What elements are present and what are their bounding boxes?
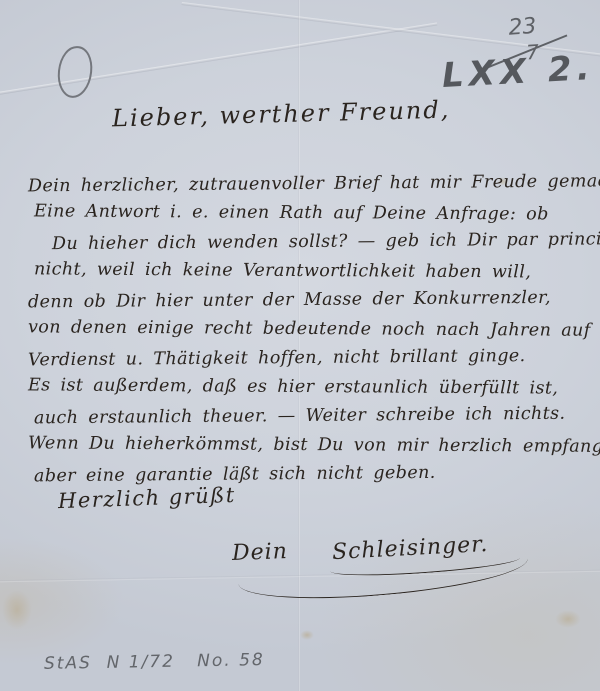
letter-line: denn ob Dir hier unter der Masse der Kon… [28, 284, 576, 318]
paper-stain [555, 610, 581, 628]
letter-line: auch erstaunlich theuer. — Weiter schrei… [28, 400, 576, 434]
letter-line: Wenn Du hieherkömmst, bist Du von mir he… [28, 429, 576, 461]
paper-stain [2, 590, 32, 630]
date-numerator: 23 [508, 14, 538, 41]
letter-line: Du hieher dich wenden sollst? — geb ich … [28, 226, 576, 260]
paper-stain [300, 630, 314, 640]
letter-salutation: Lieber, werther Freund, [112, 96, 451, 133]
letter-closing: Herzlich grüßt [58, 483, 236, 513]
letter-line: Dein herzlicher, zutrauenvoller Brief ha… [28, 168, 576, 202]
letter-line: Eine Antwort i. e. einen Rath auf Deine … [28, 197, 576, 229]
letter-line: nicht, weil ich keine Verantwortlichkeit… [28, 255, 576, 287]
letter-body: Dein herzlicher, zutrauenvoller Brief ha… [28, 170, 576, 489]
pencil-number-annotation: LXX 2. [441, 48, 595, 96]
letter-closing-pronoun: Dein [232, 539, 289, 566]
archive-reference: StAS N 1/72 No. 58 [44, 650, 265, 674]
letter-line: Es ist außerdem, daß es hier erstaunlich… [28, 371, 576, 403]
letter-page: 23 7 LXX 2. Lieber, werther Freund, Dein… [0, 0, 600, 691]
pencil-circle-mark [55, 44, 94, 99]
letter-line: von denen einige recht bedeutende noch n… [28, 313, 576, 345]
letter-line: Verdienst u. Thätigkeit hoffen, nicht br… [28, 342, 576, 376]
